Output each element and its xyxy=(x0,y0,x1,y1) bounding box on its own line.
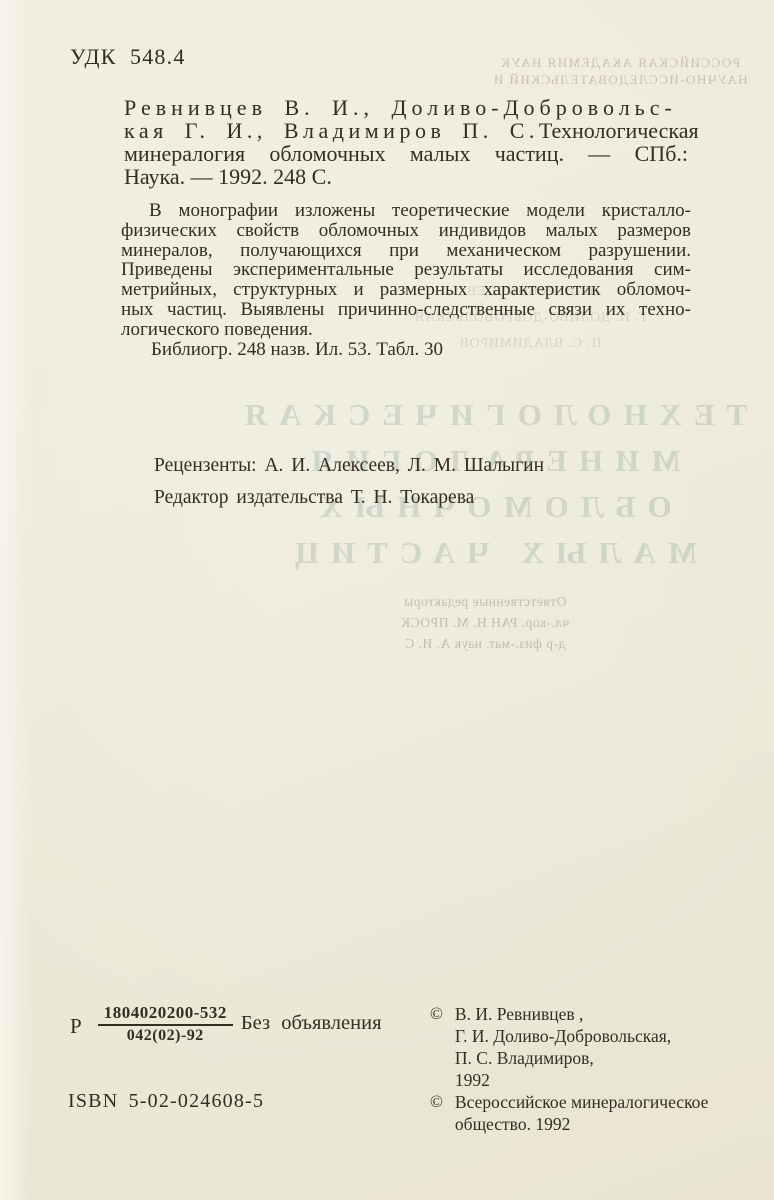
abstract-line: В монографии изложены теоретические моде… xyxy=(121,201,691,221)
showthrough-editors: Ответственные редакторы чл.-кор. РАН Н. … xyxy=(330,591,640,654)
fraction-denominator: 042(02)-92 xyxy=(98,1026,233,1045)
showthrough-line: РОССИЙСКАЯ АКАДЕМИЯ НАУК xyxy=(470,54,770,71)
copyright-society-entry: © Всероссийское минералогическое обществ… xyxy=(430,1091,708,1135)
fraction-numerator: 1804020200-532 xyxy=(98,1003,233,1026)
copyright-block: © В. И. Ревнивцев , Г. И. Доливо-Доброво… xyxy=(430,1003,708,1135)
copyright-line: Г. И. Доливо-Добровольская, xyxy=(455,1025,671,1047)
print-code-block: Р 1804020200-532 042(02)-92 Без объявлен… xyxy=(70,1003,382,1045)
copyright-line: 1992 xyxy=(455,1069,671,1091)
abstract-line: метрийных, структурных и размерных харак… xyxy=(121,280,691,300)
copyright-line: общество. 1992 xyxy=(455,1113,709,1135)
citation-line: Наука. — 1992. 248 С. xyxy=(124,165,688,188)
showthrough-line: НАУЧНО-ИССЛЕДОВАТЕЛЬСКИЙ И xyxy=(470,71,770,88)
abstract-paragraph: В монографии изложены теоретические моде… xyxy=(121,201,691,360)
citation-line: Ревнивцев В. И., Доливо-Добровольс- xyxy=(124,96,688,119)
showthrough-line: чл.-кор. РАН Н. М. ПРОСК xyxy=(330,612,640,633)
bibliography-note: Библиогр. 248 назв. Ил. 53. Табл. 30 xyxy=(121,340,691,360)
copyright-authors-entry: © В. И. Ревнивцев , Г. И. Доливо-Доброво… xyxy=(430,1003,708,1091)
udk-classification-number: УДК 548.4 xyxy=(70,44,186,70)
book-imprint-page-scan: РОССИЙСКАЯ АКАДЕМИЯ НАУК НАУЧНО-ИССЛЕДОВ… xyxy=(0,0,774,1200)
isbn-number: ISBN 5-02-024608-5 xyxy=(68,1090,264,1113)
copyright-line: П. С. Владимиров, xyxy=(455,1047,671,1069)
abstract-line: минералов, получающихся при механическом… xyxy=(121,241,691,261)
bibliographic-citation: Ревнивцев В. И., Доливо-Добровольс- кая … xyxy=(124,96,688,188)
citation-title-part: Технологическая xyxy=(539,119,699,142)
showthrough-line: МАЛЫХ ЧАСТИЦ xyxy=(210,530,770,576)
showthrough-book-title: ТЕХНОЛОГИЧЕСКАЯ МИНЕРАЛОГИЯ ОБЛОМОЧНЫХ М… xyxy=(210,392,770,576)
copyright-icon: © xyxy=(430,1003,443,1091)
no-announcement-note: Без объявления xyxy=(241,1012,382,1037)
showthrough-line: ТЕХНОЛОГИЧЕСКАЯ xyxy=(210,392,770,438)
showthrough-line: Ответственные редакторы xyxy=(330,591,640,612)
copyright-icon: © xyxy=(430,1091,443,1135)
copyright-authors-lines: В. И. Ревнивцев , Г. И. Доливо-Доброволь… xyxy=(455,1003,671,1091)
copyright-line: Всероссийское минералогическое xyxy=(455,1091,709,1113)
abstract-line: Приведены экспериментальные результаты и… xyxy=(121,260,691,280)
citation-authors-part: кая Г. И., Владимиров П. С. xyxy=(124,119,539,142)
imprint-letter: Р xyxy=(70,1010,82,1039)
citation-line: минералогия обломочных малых частиц. — С… xyxy=(124,142,688,165)
abstract-line: физических свойств обломочных индивидов … xyxy=(121,221,691,241)
abstract-line: логического поведения. xyxy=(121,320,691,340)
showthrough-academy-header: РОССИЙСКАЯ АКАДЕМИЯ НАУК НАУЧНО-ИССЛЕДОВ… xyxy=(470,54,770,88)
abstract-line: ных частиц. Выявлены причинно-следственн… xyxy=(121,300,691,320)
copyright-society-lines: Всероссийское минералогическое общество.… xyxy=(455,1091,709,1135)
imprint-fraction: 1804020200-532 042(02)-92 xyxy=(98,1003,233,1045)
showthrough-line: д-р физ.-мат. наук А. И. С xyxy=(330,633,640,654)
publishing-editor-line: Редактор издательства Т. Н. Токарева xyxy=(154,487,474,509)
reviewers-line: Рецензенты: А. И. Алексеев, Л. М. Шалыги… xyxy=(154,455,544,477)
citation-line: кая Г. И., Владимиров П. С. Технологичес… xyxy=(124,119,688,142)
copyright-line: В. И. Ревнивцев , xyxy=(455,1003,671,1025)
